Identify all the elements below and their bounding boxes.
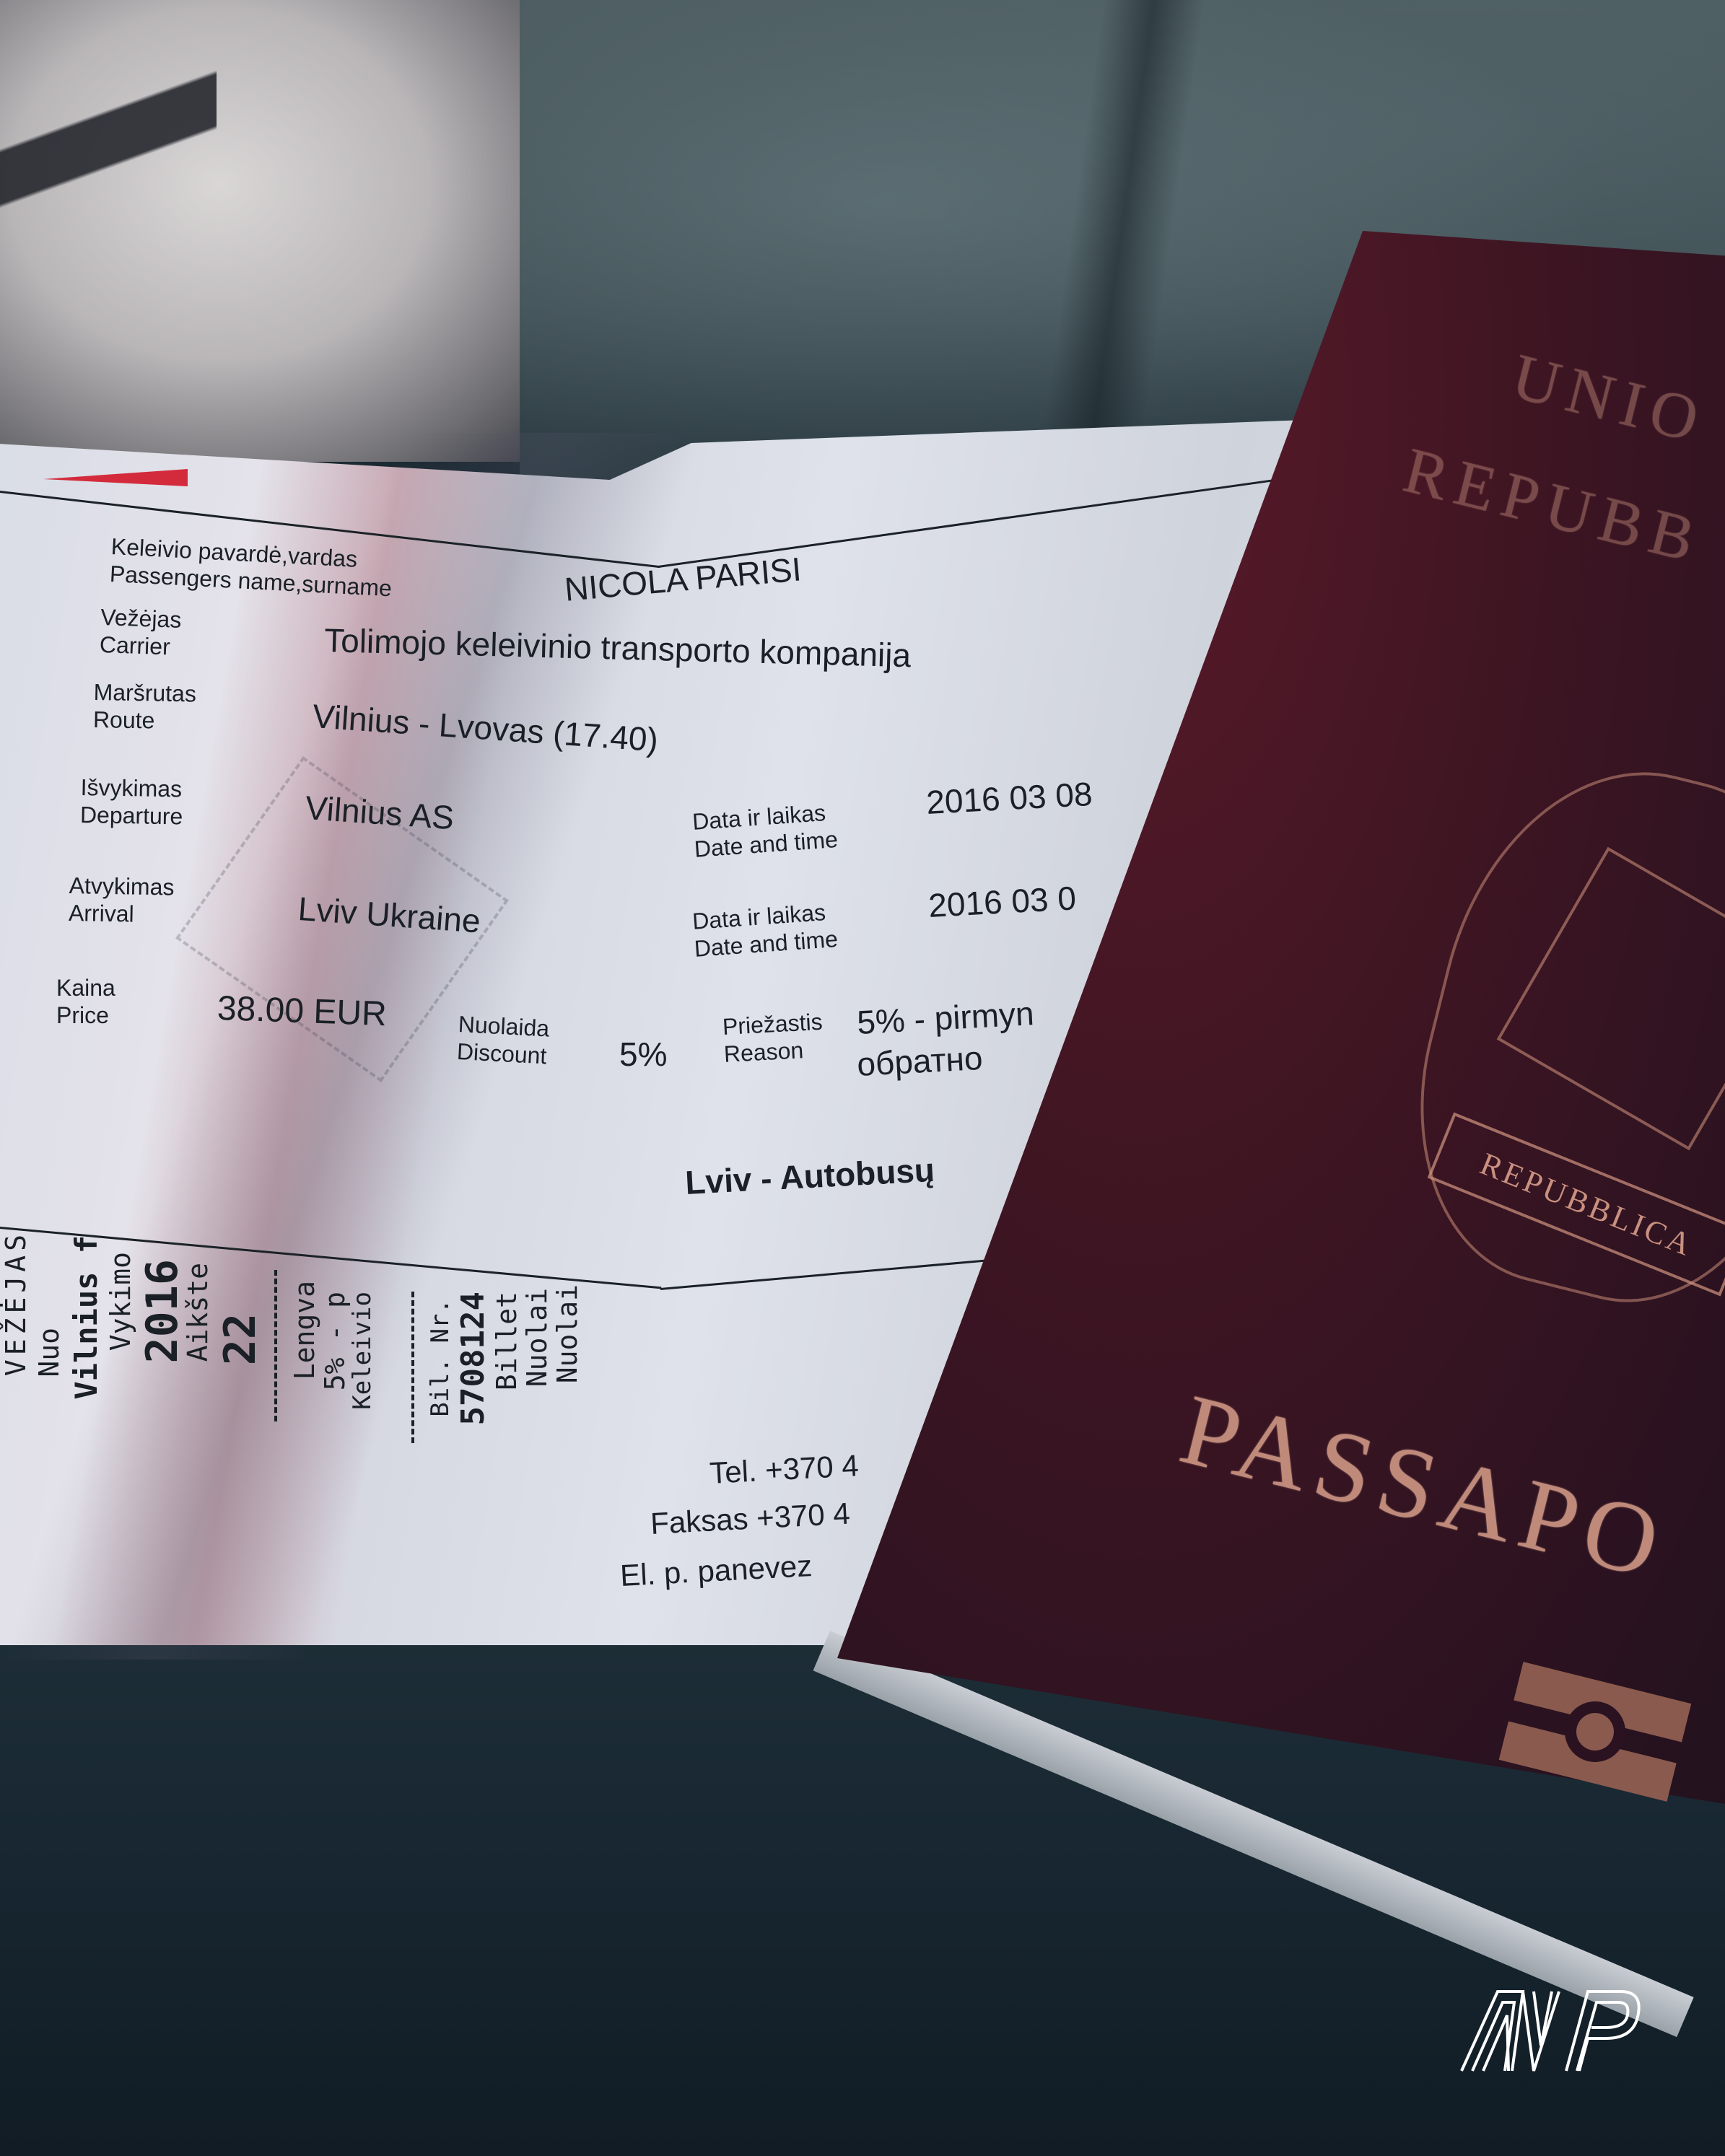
- discount-label: Nuolaida Discount: [456, 1010, 550, 1070]
- reason-label-en: Reason: [723, 1035, 825, 1068]
- price-value: 38.00 EUR: [217, 989, 388, 1034]
- arrival-label-lt: Atvykimas: [69, 872, 174, 901]
- discount-value: 5%: [619, 1035, 667, 1074]
- stub-carrier: VEŽĖJAS: [0, 1230, 32, 1376]
- departure-label-lt: Išvykimas: [80, 774, 183, 802]
- stub-departure-label: Vykimo: [105, 1252, 136, 1351]
- stub-billet-label: Billet: [491, 1292, 523, 1390]
- arrival-label-en: Arrival: [69, 899, 174, 929]
- avp-logo-icon: [1458, 1988, 1646, 2074]
- carrier-label-en: Carrier: [99, 631, 180, 661]
- stub-ticket-no-label: Bil. Nr.: [426, 1299, 455, 1417]
- stub-from-label: Nuo: [33, 1328, 65, 1377]
- stub-year: 2016: [137, 1259, 188, 1364]
- stub-discount-2: Nuolai: [551, 1284, 583, 1383]
- price-label-en: Price: [56, 1002, 115, 1029]
- stub-fare-type: Lengva: [289, 1281, 320, 1380]
- stub-passenger-label: Keleivio: [348, 1292, 377, 1410]
- reason-value-line2: обратно: [856, 1038, 984, 1084]
- arrival-date: 2016 03 0: [927, 878, 1077, 925]
- stub-fare-discount: 5% - p: [319, 1292, 351, 1390]
- carrier-label-lt: Vežėjas: [100, 603, 182, 634]
- stub-platform-label: Aikšte: [182, 1263, 214, 1362]
- price-label-lt: Kaina: [56, 974, 115, 1002]
- stub-discount-1: Nuolai: [521, 1288, 553, 1387]
- background-bag-strap: [0, 0, 217, 346]
- discount-label-en: Discount: [456, 1038, 549, 1070]
- route-label-en: Route: [93, 706, 196, 735]
- carrier-label: Vežėjas Carrier: [99, 603, 182, 661]
- red-arrow-mark: [43, 469, 188, 486]
- discount-label-lt: Nuolaida: [458, 1010, 550, 1043]
- arrival-datetime-label: Data ir laikas Date and time: [691, 898, 839, 963]
- stub-from-value: Vilnius f: [69, 1235, 104, 1400]
- stub-ticket-no: 5708124: [455, 1292, 492, 1425]
- departure-label-en: Departure: [80, 801, 183, 830]
- stub-platform-value: 22: [215, 1313, 266, 1365]
- route-label: Maršrutas Route: [93, 678, 197, 735]
- arrival-label: Atvykimas Arrival: [69, 872, 175, 929]
- departure-label: Išvykimas Departure: [80, 774, 184, 830]
- reason-label-lt: Priežastis: [722, 1008, 824, 1040]
- reason-label: Priežastis Reason: [722, 1008, 824, 1068]
- stub-perforation-2: [411, 1292, 414, 1443]
- stub-perforation-1: [274, 1270, 277, 1421]
- price-label: Kaina Price: [56, 974, 115, 1029]
- departure-datetime-label: Data ir laikas Date and time: [691, 798, 839, 863]
- photo-scene: Keleivio pavardė,vardas Passengers name,…: [0, 0, 1725, 2156]
- route-label-lt: Maršrutas: [93, 678, 196, 707]
